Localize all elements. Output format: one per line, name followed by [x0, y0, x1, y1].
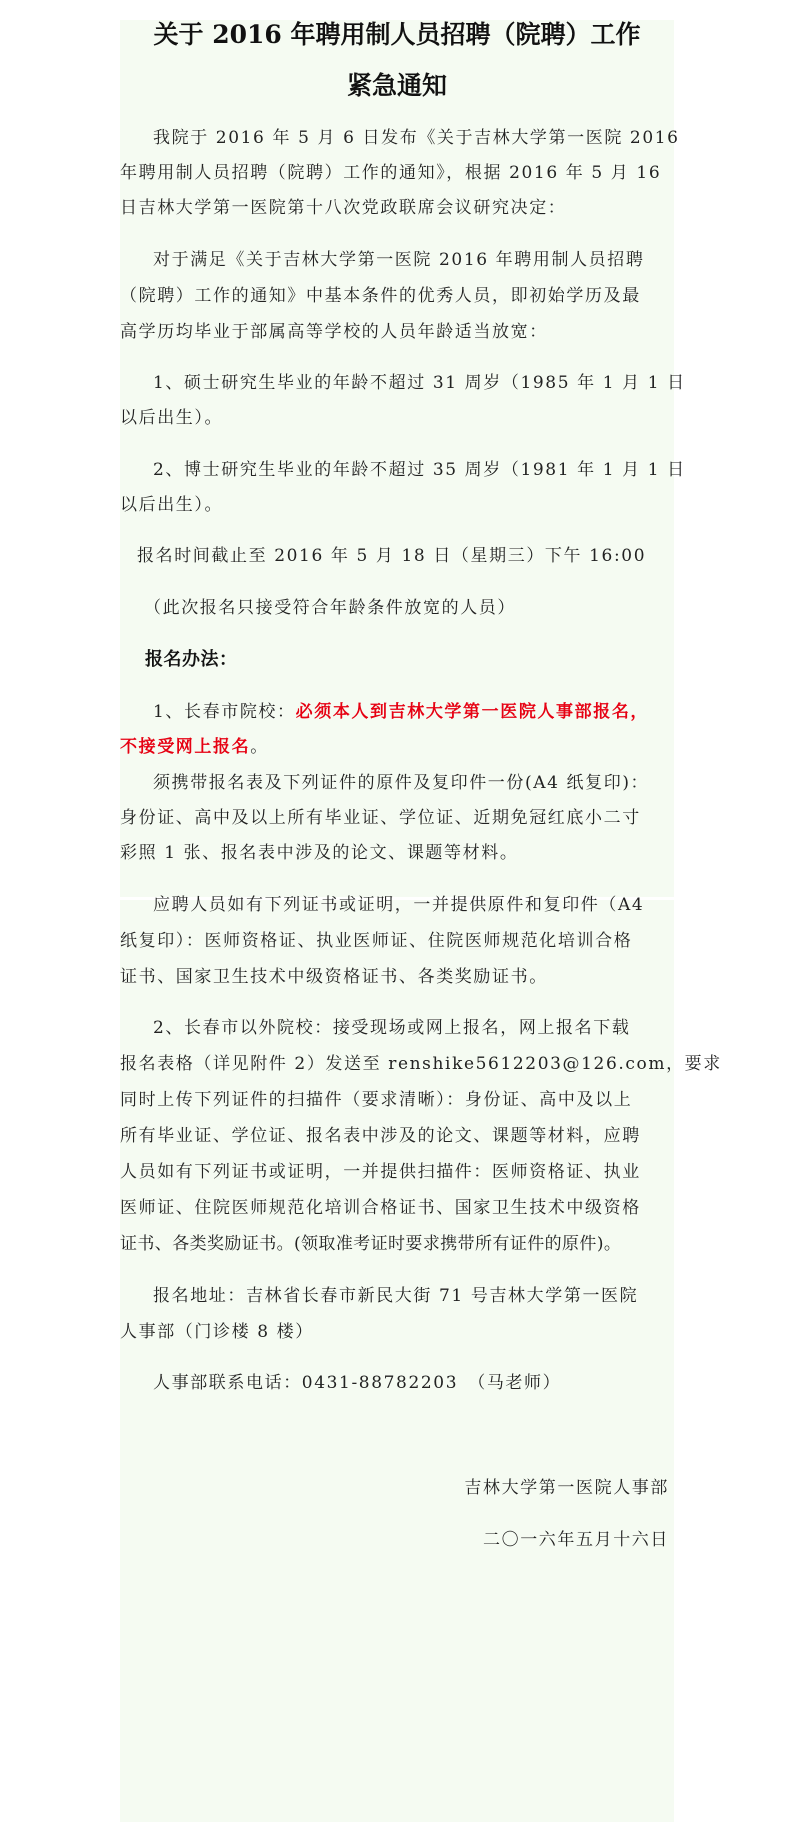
age-rule-1-line-1: 1、硕士研究生毕业的年龄不超过 31 周岁（1985 年 1 月 1 日: [120, 371, 674, 395]
certificates-line-3: 证书、国家卫生技术中级资格证书、各类奖励证书。: [120, 965, 674, 989]
method1-suffix: 。: [250, 737, 269, 757]
notice-date: 二〇一六年五月十六日: [120, 1528, 669, 1552]
deadline-note: （此次报名只接受符合年龄条件放宽的人员）: [120, 596, 674, 620]
relax-line-2: （院聘）工作的通知》中基本条件的优秀人员，即初始学历及最: [120, 284, 674, 308]
bring-docs-line-1: 须携带报名表及下列证件的原件及复印件一份(A4 纸复印)：: [120, 771, 674, 795]
notice-title-line2: 紧急通知: [120, 69, 674, 103]
method1-line-2: 不接受网上报名。: [120, 735, 674, 759]
certificates-line-2: 纸复印）：医师资格证、执业医师证、住院医师规范化培训合格: [120, 929, 674, 953]
signature: 吉林大学第一医院人事部: [120, 1476, 669, 1500]
method2-line-5: 人员如有下列证书或证明，一并提供扫描件：医师资格证、执业: [120, 1160, 674, 1184]
address-line-2: 人事部（门诊楼 8 楼）: [120, 1320, 674, 1344]
method2-line-1: 2、长春市以外院校：接受现场或网上报名，网上报名下载: [120, 1016, 674, 1040]
contact-phone: 人事部联系电话：0431-88782203 （马老师）: [120, 1371, 674, 1395]
method2-line-6: 医师证、住院医师规范化培训合格证书、国家卫生技术中级资格: [120, 1196, 674, 1220]
method1-line-1: 1、长春市院校：必须本人到吉林大学第一医院人事部报名，: [120, 700, 674, 724]
relax-line-3: 高学历均毕业于部属高等学校的人员年龄适当放宽：: [120, 320, 674, 344]
certificates-line-1: 应聘人员如有下列证书或证明，一并提供原件和复印件（A4: [120, 893, 674, 917]
age-rule-2-line-1: 2、博士研究生毕业的年龄不超过 35 周岁（1981 年 1 月 1 日: [120, 458, 674, 482]
bring-docs-line-3: 彩照 1 张、报名表中涉及的论文、课题等材料。: [120, 841, 674, 865]
method2-line-2: 报名表格（详见附件 2）发送至 renshike5612203@126.com，…: [120, 1052, 674, 1076]
age-rule-1-line-2: 以后出生）。: [120, 406, 674, 430]
intro-line-2: 年聘用制人员招聘（院聘）工作的通知》，根据 2016 年 5 月 16: [120, 161, 674, 185]
method2-line-3: 同时上传下列证件的扫描件（要求清晰）：身份证、高中及以上: [120, 1088, 674, 1112]
deadline-text: 报名时间截止至 2016 年 5 月 18 日（星期三）下午 16:00: [120, 544, 674, 568]
method1-prefix: 1、长春市院校：: [153, 702, 296, 722]
intro-line-3: 日吉林大学第一医院第十八次党政联席会议研究决定：: [120, 196, 674, 220]
intro-line-1: 我院于 2016 年 5 月 6 日发布《关于吉林大学第一医院 2016: [120, 126, 674, 150]
notice-title-line1: 关于 2016 年聘用制人员招聘（院聘）工作: [120, 18, 674, 52]
method1-emphasis-1: 必须本人到吉林大学第一医院人事部报名，: [296, 702, 649, 722]
method2-line-7: 证书、各类奖励证书。(领取准考证时要求携带所有证件的原件)。: [120, 1232, 674, 1256]
method2-line-4: 所有毕业证、学位证、报名表中涉及的论文、课题等材料，应聘: [120, 1124, 674, 1148]
address-line-1: 报名地址：吉林省长春市新民大街 71 号吉林大学第一医院: [120, 1284, 674, 1308]
method1-emphasis-2: 不接受网上报名: [120, 737, 250, 757]
method-heading: 报名办法：: [120, 648, 674, 672]
relax-line-1: 对于满足《关于吉林大学第一医院 2016 年聘用制人员招聘: [120, 248, 674, 272]
age-rule-2-line-2: 以后出生）。: [120, 493, 674, 517]
bring-docs-line-2: 身份证、高中及以上所有毕业证、学位证、近期免冠红底小二寸: [120, 806, 674, 830]
